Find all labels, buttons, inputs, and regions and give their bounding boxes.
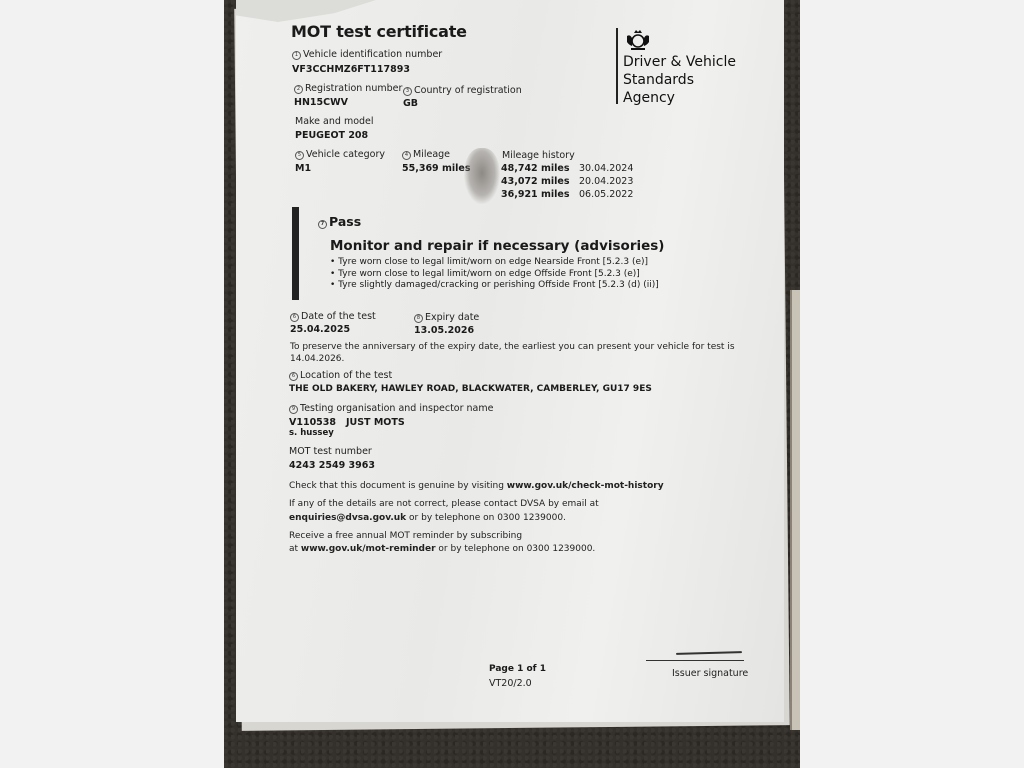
category-value: M1 (295, 163, 311, 174)
make-model-label: Make and model (295, 116, 374, 127)
dvsa-email: enquiries@dvsa.gov.uk (289, 513, 406, 523)
advisories-list: • Tyre worn close to legal limit/worn on… (330, 257, 659, 292)
royal-crest-icon (624, 28, 652, 52)
contact-note-line1: If any of the details are not correct, p… (289, 499, 599, 509)
location-label: 6Location of the test (289, 370, 392, 381)
advisory-item: • Tyre worn close to legal limit/worn on… (330, 269, 659, 281)
category-label: 5Vehicle category (295, 149, 385, 160)
test-date-value: 25.04.2025 (290, 324, 350, 335)
photo-background: MOT test certificate Driver & Vehicle St… (224, 0, 800, 768)
field-marker-icon: 6 (289, 372, 298, 381)
mileage-history-row: 43,072 miles 20.04.2023 (501, 176, 633, 189)
agency-name: Driver & Vehicle Standards Agency (623, 53, 736, 107)
field-marker-icon: 9 (289, 405, 298, 414)
signature-stroke (676, 651, 742, 655)
testing-org-value: V110538 JUST MOTS (289, 417, 405, 428)
registration-label: 2Registration number (294, 83, 402, 94)
registration-value: HN15CWV (294, 97, 348, 108)
field-marker-icon: 1 (292, 51, 301, 60)
country-label: 3Country of registration (403, 85, 522, 96)
field-marker-icon: 3 (403, 87, 412, 96)
field-marker-icon: 4 (402, 151, 411, 160)
country-value: GB (403, 98, 418, 109)
reminder-note-line1: Receive a free annual MOT reminder by su… (289, 531, 522, 541)
smudge-mark (464, 148, 500, 204)
check-mot-history-link: www.gov.uk/check-mot-history (507, 481, 664, 491)
field-marker-icon: 6 (290, 313, 299, 322)
test-date-label: 6Date of the test (290, 311, 376, 322)
vin-value: VF3CCHMZ6FT117893 (292, 64, 410, 75)
advisory-item: • Tyre worn close to legal limit/worn on… (330, 257, 659, 269)
reminder-note-line2: at www.gov.uk/mot-reminder or by telepho… (289, 544, 595, 554)
advisory-item: • Tyre slightly damaged/cracking or peri… (330, 280, 659, 292)
mileage-history-row: 36,921 miles 06.05.2022 (501, 189, 633, 202)
make-model-value: PEUGEOT 208 (295, 130, 368, 141)
anniversary-note: To preserve the anniversary of the expir… (290, 342, 735, 352)
mileage-value: 55,369 miles (402, 163, 470, 174)
test-number-value: 4243 2549 3963 (289, 460, 375, 471)
mileage-history-label: Mileage history (502, 150, 575, 161)
test-result: 7Pass (318, 214, 361, 229)
issuer-signature-label: Issuer signature (672, 668, 748, 679)
field-marker-icon: 2 (294, 85, 303, 94)
expiry-date-value: 13.05.2026 (414, 325, 474, 336)
mileage-history-list: 48,742 miles 30.04.2024 43,072 miles 20.… (501, 163, 633, 202)
advisories-title: Monitor and repair if necessary (advisor… (330, 238, 664, 254)
contact-note-line2: enquiries@dvsa.gov.uk or by telephone on… (289, 513, 566, 523)
form-code: VT20/2.0 (489, 678, 532, 689)
mot-reminder-link: www.gov.uk/mot-reminder (301, 544, 436, 554)
page-number: Page 1 of 1 (489, 664, 546, 674)
result-bar (292, 207, 299, 300)
field-marker-icon: 5 (295, 151, 304, 160)
inspector-name: s. hussey (289, 428, 334, 438)
signature-line (646, 660, 744, 661)
anniversary-date: 14.04.2026. (290, 354, 344, 364)
expiry-date-label: 8Expiry date (414, 312, 479, 323)
mileage-label: 4Mileage (402, 149, 450, 160)
mileage-history-row: 48,742 miles 30.04.2024 (501, 163, 633, 176)
field-marker-icon: 8 (414, 314, 423, 323)
underlying-sheet-edge (790, 290, 800, 730)
field-marker-icon: 7 (318, 220, 327, 229)
mot-certificate: MOT test certificate Driver & Vehicle St… (236, 0, 784, 722)
check-note: Check that this document is genuine by v… (289, 481, 664, 491)
vin-label: 1Vehicle identification number (292, 49, 442, 60)
certificate-title: MOT test certificate (291, 22, 467, 41)
testing-org-label: 9Testing organisation and inspector name (289, 403, 493, 414)
agency-divider (616, 28, 618, 104)
test-number-label: MOT test number (289, 446, 372, 457)
location-value: THE OLD BAKERY, HAWLEY ROAD, BLACKWATER,… (289, 384, 652, 394)
